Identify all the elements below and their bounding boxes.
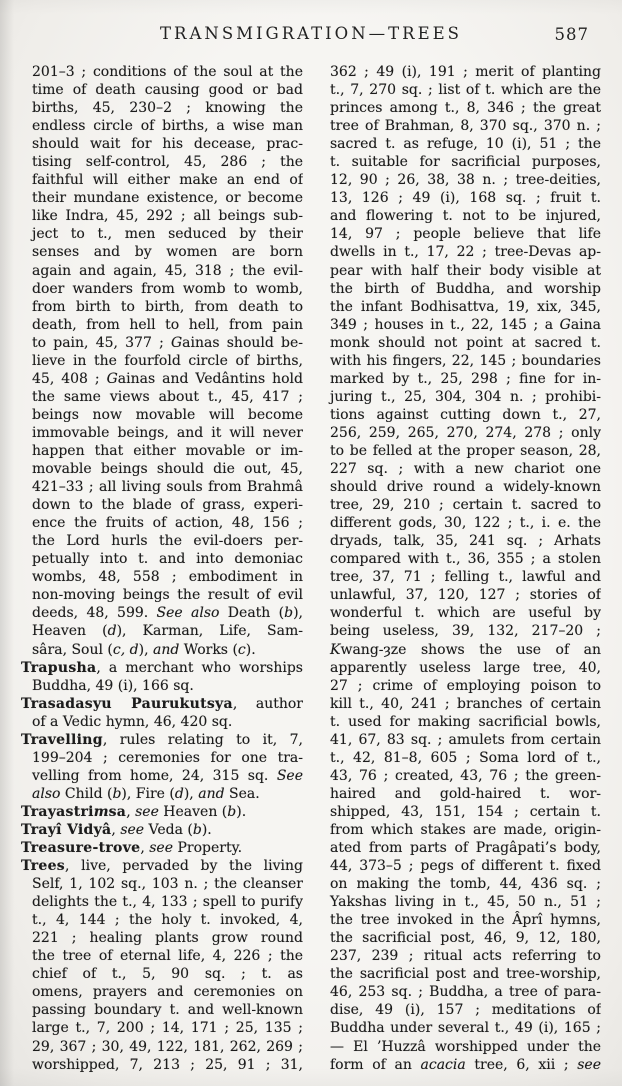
- index-entry: Trasadasyu Paurukutsya, authorof a Vedic…: [21, 695, 303, 731]
- text-line: 43, 76 ; created, 43, 76 ; the green-: [319, 767, 601, 785]
- text-columns: 201–3 ; conditions of the soul at thetim…: [0, 63, 622, 1074]
- text-line: 256, 259, 265, 270, 274, 278 ; only: [319, 424, 601, 442]
- index-entry: Trayastrimsa, see Heaven (b).: [21, 803, 303, 821]
- text-line: Heaven (d), Karman, Life, Sam-: [21, 622, 303, 640]
- text-line: Trees, live, pervaded by the living: [21, 857, 303, 875]
- text-line: immovable beings, and it will never: [21, 424, 303, 442]
- text-line: movable beings should die out, 45,: [21, 460, 303, 478]
- text-line: beings now movable will become: [21, 406, 303, 424]
- text-line: kill t., 40, 241 ; branches of certain: [319, 695, 601, 713]
- text-line: t. suitable for sacrificial purposes,: [319, 153, 601, 171]
- text-line: time of death causing good or bad: [21, 81, 303, 99]
- text-line: 27 ; crime of employing poison to: [319, 677, 601, 695]
- text-line: tree, 29, 210 ; certain t. sacred to: [319, 496, 601, 514]
- text-line: births, 45, 230–2 ; knowing the: [21, 99, 303, 117]
- text-line: endless circle of births, a wise man: [21, 117, 303, 135]
- text-line: 362 ; 49 (i), 191 ; merit of planting: [319, 63, 601, 81]
- text-line: dryads, talk, 35, 241 sq. ; Arhats: [319, 532, 601, 550]
- text-line: 44, 373–5 ; pegs of different t. fixed: [319, 857, 601, 875]
- text-line: t., 42, 81–8, 605 ; Soma lord of t.,: [319, 749, 601, 767]
- text-line: with his fingers, 22, 145 ; boundaries: [319, 352, 601, 370]
- text-line: worshipped, 7, 213 ; 25, 91 ; 31,: [21, 1056, 303, 1074]
- text-line: t., 4, 144 ; the holy t. invoked, 4,: [21, 911, 303, 929]
- text-line: senses and by women are born: [21, 243, 303, 261]
- text-line: 221 ; healing plants grow round: [21, 929, 303, 947]
- index-entry: Treasure-trove, see Property.: [21, 839, 303, 857]
- text-line: from which stakes are made, origin-: [319, 821, 601, 839]
- text-line: the birth of Buddha, and worship: [319, 280, 601, 298]
- text-line: 41, 67, 83 sq. ; amulets from certain: [319, 731, 601, 749]
- text-line: 201–3 ; conditions of the soul at the: [21, 63, 303, 81]
- text-line: form of an acacia tree, 6, xii ; see: [319, 1056, 601, 1074]
- text-line: from birth to birth, from death to: [21, 298, 303, 316]
- text-line: 237, 239 ; ritual acts referring to: [319, 947, 601, 965]
- text-line: Travelling, rules relating to it, 7,: [21, 731, 303, 749]
- text-line: different gods, 30, 122 ; t., i. e. the: [319, 514, 601, 532]
- text-line: the Lord hurls the evil-doers per-: [21, 532, 303, 550]
- text-line: the tree of eternal life, 4, 226 ; the: [21, 947, 303, 965]
- text-line: 199–204 ; ceremonies for one tra-: [21, 749, 303, 767]
- book-page: TRANSMIGRATION—TREES 587 201–3 ; conditi…: [0, 0, 622, 1086]
- text-line: again and again, 45, 318 ; the evil-: [21, 262, 303, 280]
- text-line: and flowering t. not to be injured,: [319, 207, 601, 225]
- text-line: ject to t., men seduced by their: [21, 225, 303, 243]
- text-line: tions against cutting down t., 27,: [319, 406, 601, 424]
- text-line: doer wanders from womb to womb,: [21, 280, 303, 298]
- text-line: sacred t. as refuge, 10 (i), 51 ; the: [319, 135, 601, 153]
- text-line: Treasure-trove, see Property.: [21, 839, 303, 857]
- text-line: marked by t., 25, 298 ; fine for in-: [319, 370, 601, 388]
- text-line: 45, 408 ; Gainas and Vedântins hold: [21, 370, 303, 388]
- text-line: t., 7, 270 sq. ; list of t. which are th…: [319, 81, 601, 99]
- text-line: Trasadasyu Paurukutsya, author: [21, 695, 303, 713]
- text-line: Self, 1, 102 sq., 103 n. ; the cleanser: [21, 875, 303, 893]
- text-line: delights the t., 4, 133 ; spell to purif…: [21, 893, 303, 911]
- text-line: apparently useless large tree, 40,: [319, 659, 601, 677]
- text-line: pear with half their body visible at: [319, 262, 601, 280]
- text-line: the same views about t., 45, 417 ;: [21, 388, 303, 406]
- text-line: juring t., 25, 304, 304 n. ; prohibi-: [319, 388, 601, 406]
- text-line: large t., 7, 200 ; 14, 171 ; 25, 135 ;: [21, 1019, 303, 1037]
- text-line: ated from parts of Pragâpati’s body,: [319, 839, 601, 857]
- index-entry: Trayî Vidyâ, see Veda (b).: [21, 821, 303, 839]
- index-entry: 362 ; 49 (i), 191 ; merit of plantingt.,…: [319, 63, 601, 1074]
- text-line: should wait for his decease, prac-: [21, 135, 303, 153]
- text-line: to be felled at the proper season, 28,: [319, 442, 601, 460]
- text-line: happen that either movable or im-: [21, 442, 303, 460]
- text-line: should drive round a widely-known: [319, 478, 601, 496]
- text-line: shipped, 43, 151, 154 ; certain t.: [319, 803, 601, 821]
- text-line: 227 sq. ; with a new chariot one: [319, 460, 601, 478]
- text-line: passing boundary t. and well-known: [21, 1001, 303, 1019]
- text-line: Trayastrimsa, see Heaven (b).: [21, 803, 303, 821]
- text-line: being useless, 39, 132, 217–20 ;: [319, 622, 601, 640]
- text-line: chief of t., 5, 90 sq. ; t. as: [21, 965, 303, 983]
- text-line: 46, 253 sq. ; Buddha, a tree of para-: [319, 983, 601, 1001]
- text-line: Kwang-ȝze shows the use of an: [319, 641, 601, 659]
- right-column: 362 ; 49 (i), 191 ; merit of plantingt.,…: [319, 63, 601, 1074]
- text-line: Buddha, 49 (i), 166 sq.: [21, 677, 303, 695]
- text-line: of a Vedic hymn, 46, 420 sq.: [21, 713, 303, 731]
- text-line: 14, 97 ; people believe that life: [319, 225, 601, 243]
- text-line: Trayî Vidyâ, see Veda (b).: [21, 821, 303, 839]
- text-line: unlawful, 37, 120, 127 ; stories of: [319, 586, 601, 604]
- text-line: 349 ; houses in t., 22, 145 ; a Gaina: [319, 316, 601, 334]
- page-number: 587: [555, 25, 590, 44]
- text-line: velling from home, 24, 315 sq. See: [21, 767, 303, 785]
- text-line: down to the blade of grass, experi-: [21, 496, 303, 514]
- text-line: ence the fruits of action, 48, 156 ;: [21, 514, 303, 532]
- text-line: to pain, 45, 377 ; Gainas should be-: [21, 334, 303, 352]
- text-line: Buddha under several t., 49 (i), 165 ;: [319, 1019, 601, 1037]
- text-line: 12, 90 ; 26, 38, 38 n. ; tree-deities,: [319, 171, 601, 189]
- text-line: death, from hell to hell, from pain: [21, 316, 303, 334]
- text-line: wombs, 48, 558 ; embodiment in: [21, 568, 303, 586]
- index-entry: Trapusha, a merchant who worshipsBuddha,…: [21, 659, 303, 695]
- index-entry: 201–3 ; conditions of the soul at thetim…: [21, 63, 303, 659]
- index-entry: Trees, live, pervaded by the livingSelf,…: [21, 857, 303, 1074]
- text-line: 421–33 ; all living souls from Brahmâ: [21, 478, 303, 496]
- text-line: dise, 49 (i), 157 ; meditations of: [319, 1001, 601, 1019]
- text-line: lieve in the fourfold circle of births,: [21, 352, 303, 370]
- text-line: t. used for making sacrificial bowls,: [319, 713, 601, 731]
- text-line: non-moving beings the result of evil: [21, 586, 303, 604]
- text-line: their mundane existence, or become: [21, 189, 303, 207]
- text-line: Trapusha, a merchant who worships: [21, 659, 303, 677]
- text-line: omens, prayers and ceremonies on: [21, 983, 303, 1001]
- text-line: 13, 126 ; 49 (i), 168 sq. ; fruit t.: [319, 189, 601, 207]
- text-line: Yakshas living in t., 45, 50 n., 51 ;: [319, 893, 601, 911]
- text-line: deeds, 48, 599. See also Death (b),: [21, 604, 303, 622]
- running-title: TRANSMIGRATION—TREES: [0, 24, 622, 43]
- text-line: tree, 37, 71 ; felling t., lawful and: [319, 568, 601, 586]
- text-line: princes among t., 8, 346 ; the great: [319, 99, 601, 117]
- index-entry: Travelling, rules relating to it, 7,199–…: [21, 731, 303, 803]
- text-line: the tree invoked in the Âprî hymns,: [319, 911, 601, 929]
- text-line: tree of Brahman, 8, 370 sq., 370 n. ;: [319, 117, 601, 135]
- text-line: 29, 367 ; 30, 49, 122, 181, 262, 269 ;: [21, 1038, 303, 1056]
- text-line: wonderful t. which are useful by: [319, 604, 601, 622]
- text-line: sâra, Soul (c, d), and Works (c).: [21, 641, 303, 659]
- left-column: 201–3 ; conditions of the soul at thetim…: [21, 63, 303, 1074]
- page-header: TRANSMIGRATION—TREES 587: [0, 24, 622, 54]
- text-line: on making the tomb, 44, 436 sq. ;: [319, 875, 601, 893]
- text-line: — El ’Huzzâ worshipped under the: [319, 1038, 601, 1056]
- text-line: the infant Bodhisattva, 19, xix, 345,: [319, 298, 601, 316]
- text-line: faithful will either make an end of: [21, 171, 303, 189]
- text-line: dwells in t., 17, 22 ; tree-Devas ap-: [319, 243, 601, 261]
- text-line: the sacrificial post and tree-worship,: [319, 965, 601, 983]
- text-line: haired and gold-haired t. wor-: [319, 785, 601, 803]
- text-line: like Indra, 45, 292 ; all beings sub-: [21, 207, 303, 225]
- text-line: compared with t., 36, 355 ; a stolen: [319, 550, 601, 568]
- text-line: the sacrificial post, 46, 9, 12, 180,: [319, 929, 601, 947]
- text-line: tising self-control, 45, 286 ; the: [21, 153, 303, 171]
- text-line: petually into t. and into demoniac: [21, 550, 303, 568]
- text-line: monk should not point at sacred t.: [319, 334, 601, 352]
- text-line: also Child (b), Fire (d), and Sea.: [21, 785, 303, 803]
